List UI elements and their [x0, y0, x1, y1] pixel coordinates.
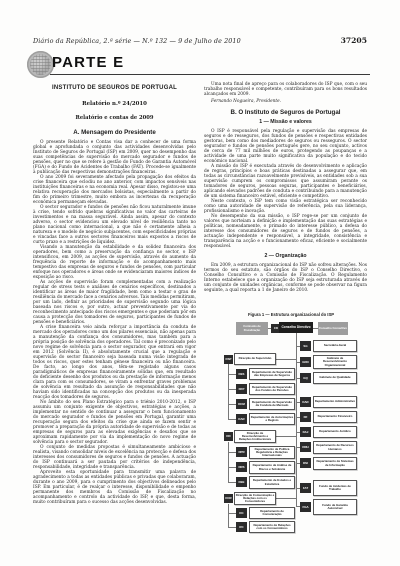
paragraph: O presente Relatório e Contas visa dar a… — [33, 140, 196, 175]
orgchart-code: DFP — [236, 384, 247, 394]
orgchart-node: Departamento de Recursos Humanos — [313, 441, 357, 454]
orgchart-node-conselho-consultivo: Conselho Consultivo — [318, 322, 348, 335]
part-banner: PARTE E — [52, 54, 124, 71]
orgchart-code: DES — [236, 369, 247, 379]
subsection-2-title: 2 — Organização — [204, 254, 367, 259]
connector-line — [228, 389, 236, 390]
orgchart-code: DSP — [224, 355, 233, 364]
journal-title-line: Diário da República, 2.ª série — N.º 132… — [33, 37, 241, 45]
orgchart-code: FAT — [300, 483, 311, 493]
orgchart-node: Secretária-Geral — [313, 340, 357, 352]
paragraph: O ano 2009 foi severamente afectado pela… — [33, 175, 196, 205]
orgchart-node-conselho-directivo: Conselho Directivo — [279, 322, 313, 333]
orgchart-node: Departamento de Política Regulatória e R… — [249, 446, 295, 459]
institution-title: INSTITUTO DE SEGUROS DE PORTUGAL — [33, 86, 196, 91]
subsection-1-title: 1 — Missão e valores — [204, 120, 367, 125]
orgchart-node: Fundo de Acidentes de Trabalho — [313, 480, 357, 496]
connector-line — [268, 328, 271, 329]
orgchart-code: DAD — [300, 397, 311, 407]
paragraph: A crise financeira veio ainda reforçar a… — [33, 325, 196, 400]
orgchart-node-group-header: Direcção de Desenvolvimento e Relações I… — [234, 430, 276, 443]
orgchart-node: Gabinete de Desenvolvimento Organizacion… — [313, 355, 357, 369]
connector-line — [228, 482, 236, 483]
orgchart-node: Departamento de Supervisão dos Fundos de… — [249, 383, 295, 395]
connector-line — [276, 498, 296, 499]
orgchart-code: GQ — [300, 373, 311, 383]
orgchart-node: Fundo de Garantia Automóvel — [313, 499, 357, 515]
group-rail — [228, 364, 229, 419]
orgchart-code: DEE — [236, 477, 247, 487]
orgchart-node: Departamento de Relações com os Consumid… — [249, 521, 295, 533]
paragraph: Neste contexto, o ISP tem como visão est… — [204, 199, 367, 214]
paragraph: No âmbito do seu Plano Estratégico para … — [33, 400, 196, 445]
connector-line — [276, 436, 296, 437]
right-column: Uma nota final de apreço para os colabor… — [204, 82, 367, 293]
orgchart-node-group-header: Direcção de Comunicação e Relações com o… — [234, 492, 276, 505]
connector-line — [228, 467, 236, 468]
banner-rule — [50, 74, 370, 75]
connector-line — [228, 404, 236, 405]
connector-line — [313, 328, 318, 329]
orgchart-code: DD — [224, 432, 233, 441]
connector-line — [228, 374, 236, 375]
paragraph: O conjunto de medidas propostas é simult… — [33, 445, 196, 470]
group-rail — [228, 442, 229, 482]
orgchart-node-group-header: Direcção de Supervisão — [234, 353, 276, 365]
group-rail — [228, 504, 229, 527]
orgchart-code: DCR — [224, 494, 233, 503]
orgchart-node: Departamento Jurídico — [313, 426, 357, 438]
paragraph: Em 2009, a estrutura organizacional do I… — [204, 263, 367, 293]
orgchart-code: FGA — [300, 502, 311, 512]
orgchart-node: Departamento de Supervisão da Conduta de… — [249, 398, 295, 410]
orgchart-node: Gabinete de Qualidade — [313, 372, 357, 384]
paragraph: No desempenho da sua missão, o ISP rege-… — [204, 214, 367, 249]
orgchart-code: DF — [300, 412, 311, 422]
orgchart-code: DC — [236, 508, 247, 518]
paragraph: O ISP é responsável pela regulação e sup… — [204, 129, 367, 164]
orgchart-code: DAJ — [300, 427, 311, 437]
page-number: 37205 — [341, 36, 367, 45]
orgchart-code: DSI — [300, 458, 311, 468]
orgchart-node: Departamento de Estudos e Estatística — [249, 476, 295, 489]
signature-line: Fernando Nogueira, Presidente. — [204, 99, 367, 104]
connector-line — [228, 452, 236, 453]
paragraph: As acções de supervisão foram complement… — [33, 280, 196, 325]
orgchart-code: SG — [300, 341, 311, 351]
orgchart-code: DPR — [236, 447, 247, 457]
report-number: Relatório n.º 24/2010 — [33, 102, 196, 107]
orgchart-code: DCM — [236, 399, 247, 409]
orgchart-node: Departamento de Supervisão das Empresas … — [249, 368, 295, 380]
orgchart-code: GDO — [300, 357, 311, 367]
paragraph: Visando a manutenção da estabilidade e d… — [33, 245, 196, 280]
orgchart-code: RC — [236, 522, 247, 532]
orgchart-node: Departamento de Autorizações e Registo — [249, 413, 295, 425]
orgchart-node: Departamento de Análise de Riscos e Solv… — [249, 461, 295, 474]
page-header: Diário da República, 2.ª série — N.º 132… — [33, 36, 367, 45]
figure-caption: Figura 1 — Estrutura organizacional do I… — [212, 312, 370, 317]
orgchart-code: DRH — [300, 442, 311, 452]
orgchart-node-comissao-fiscalizacao: Comissão de Fiscalização — [236, 322, 268, 335]
orgchart-figure: Figura 1 — Estrutura organizacional do I… — [212, 310, 370, 546]
connector-line — [228, 419, 236, 420]
paragraph: Uma nota final de apreço para os colabor… — [204, 82, 367, 97]
section-b-title: B. O Instituto de Seguros de Portugal — [204, 110, 367, 115]
report-title: Relatório e contas de 2009 — [33, 116, 196, 121]
left-column: INSTITUTO DE SEGUROS DE PORTUGAL Relatór… — [33, 86, 196, 505]
section-a-title: A. Mensagem do Presidente — [33, 130, 196, 135]
paragraph: O sector segurador e fundos de pensões n… — [33, 205, 196, 245]
orgchart-spine — [296, 333, 297, 506]
orgchart-code: DRS — [236, 462, 247, 472]
orgchart-node: Departamento de Sistemas de Informação — [313, 457, 357, 470]
orgchart-node: Departamento de Comunicação — [249, 507, 295, 519]
orgchart-node: Departamento Administrativo — [313, 396, 357, 408]
paragraph: A missão do ISP é executada através do d… — [204, 164, 367, 199]
connector-line — [228, 527, 236, 528]
connector-line — [276, 359, 296, 360]
paragraph: Aproveito esta oportunidade para transmi… — [33, 470, 196, 505]
orgchart-node: Departamento Financeiro — [313, 411, 357, 423]
connector-line — [228, 513, 236, 514]
orgchart-code: DAR — [236, 414, 247, 424]
